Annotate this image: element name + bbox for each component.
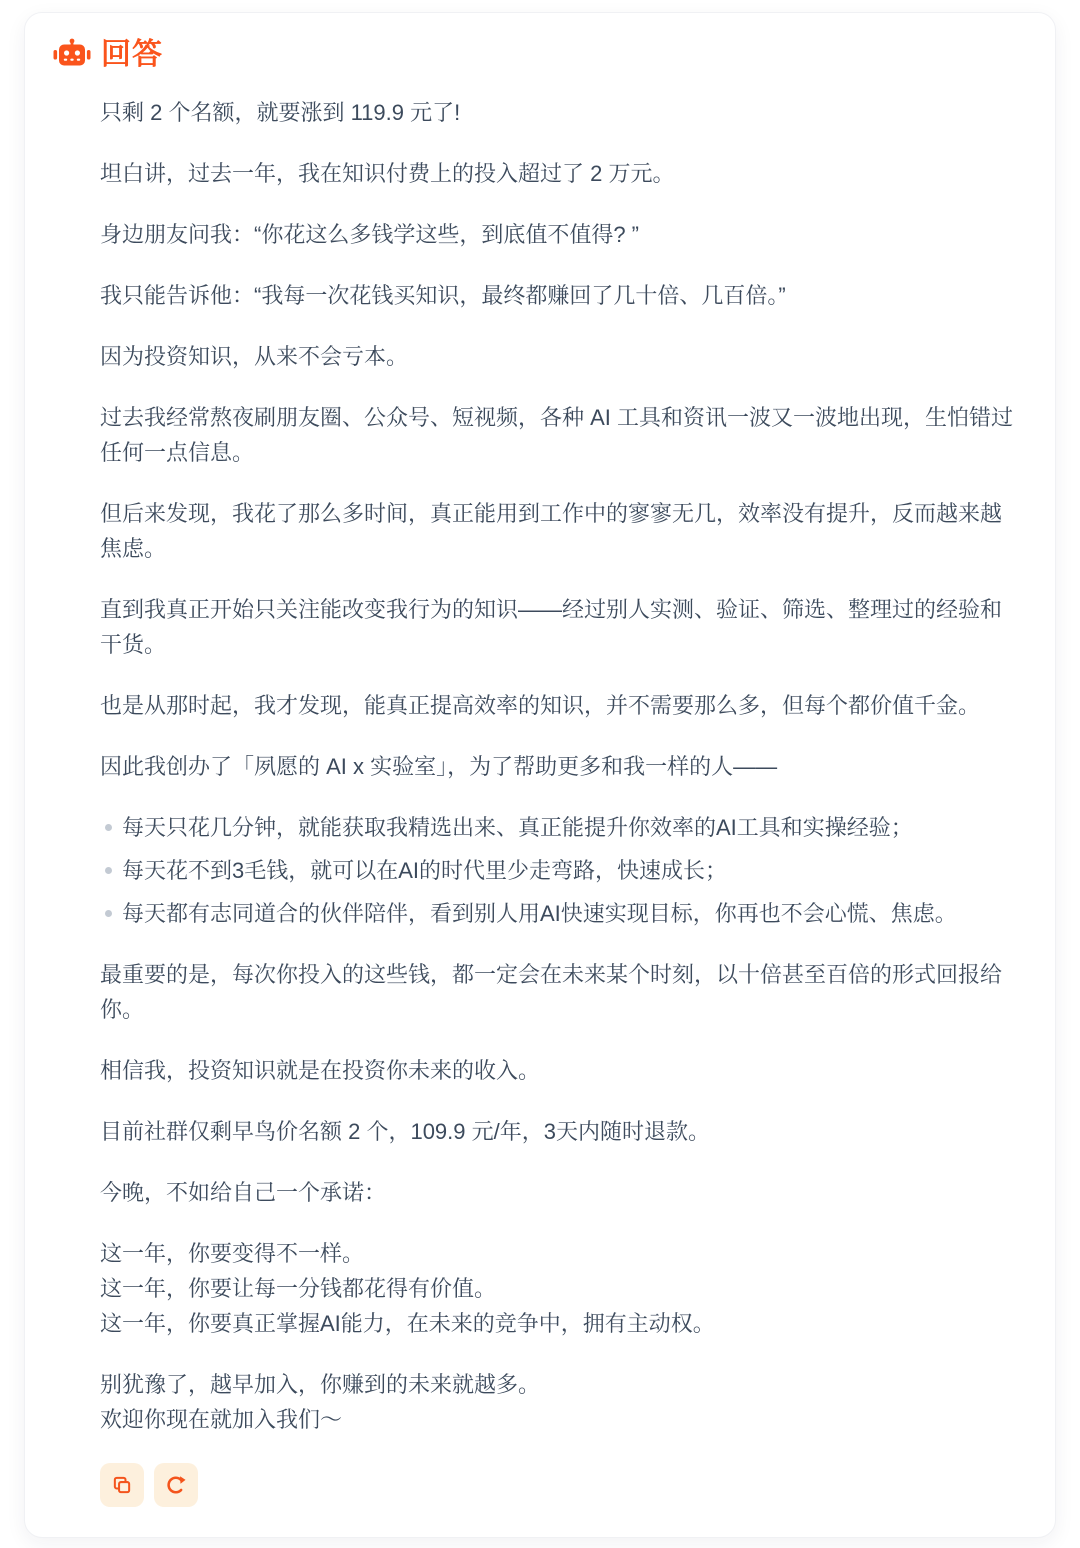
answer-header: 回答 <box>52 37 1029 73</box>
paragraph-14: 今晚，不如给自己一个承诺： <box>100 1175 1018 1210</box>
answer-actions <box>100 1463 1029 1507</box>
promise-block: 这一年，你要变得不一样。 这一年，你要让每一分钱都花得有价值。 这一年，你要真正… <box>100 1236 1018 1341</box>
list-item-text: 每天只花几分钟，就能获取我精选出来、真正能提升你效率的AI工具和实操经验； <box>122 810 913 845</box>
paragraph-5: 因为投资知识，从来不会亏本。 <box>100 339 1018 374</box>
promise-line: 这一年，你要真正掌握AI能力，在未来的竞争中，拥有主动权。 <box>100 1306 1018 1341</box>
benefits-list: 每天只花几分钟，就能获取我精选出来、真正能提升你效率的AI工具和实操经验； 每天… <box>100 810 1018 931</box>
closing-line: 欢迎你现在就加入我们～ <box>100 1402 1018 1437</box>
regenerate-button[interactable] <box>154 1463 198 1507</box>
paragraph-4: 我只能告诉他：“我每一次花钱买知识，最终都赚回了几十倍、几百倍。” <box>100 278 1018 313</box>
paragraph-3: 身边朋友问我：“你花这么多钱学这些，到底值不值得? ” <box>100 217 1018 252</box>
closing-block: 别犹豫了，越早加入，你赚到的未来就越多。 欢迎你现在就加入我们～ <box>100 1367 1018 1437</box>
paragraph-12: 相信我，投资知识就是在投资你未来的收入。 <box>100 1053 1018 1088</box>
list-item: 每天花不到3毛钱，就可以在AI的时代里少走弯路，快速成长； <box>105 853 1018 888</box>
list-item: 每天只花几分钟，就能获取我精选出来、真正能提升你效率的AI工具和实操经验； <box>105 810 1018 845</box>
paragraph-11: 最重要的是，每次你投入的这些钱，都一定会在未来某个时刻，以十倍甚至百倍的形式回报… <box>100 957 1018 1027</box>
refresh-icon <box>165 1474 187 1496</box>
closing-line: 别犹豫了，越早加入，你赚到的未来就越多。 <box>100 1367 1018 1402</box>
paragraph-2: 坦白讲，过去一年，我在知识付费上的投入超过了 2 万元。 <box>100 156 1018 191</box>
paragraph-10: 因此我创办了「夙愿的 AI x 实验室」，为了帮助更多和我一样的人—— <box>100 749 1018 784</box>
paragraph-9: 也是从那时起，我才发现，能真正提高效率的知识，并不需要那么多，但每个都价值千金。 <box>100 688 1018 723</box>
answer-card: 回答 只剩 2 个名额，就要涨到 119.9 元了! 坦白讲，过去一年，我在知识… <box>24 12 1056 1538</box>
promise-line: 这一年，你要让每一分钱都花得有价值。 <box>100 1271 1018 1306</box>
paragraph-8: 直到我真正开始只关注能改变我行为的知识——经过别人实测、验证、筛选、整理过的经验… <box>100 592 1018 662</box>
list-item-text: 每天都有志同道合的伙伴陪伴，看到别人用AI快速实现目标，你再也不会心慌、焦虑。 <box>122 896 957 931</box>
paragraph-13: 目前社群仅剩早鸟价名额 2 个，109.9 元/年，3天内随时退款。 <box>100 1114 1018 1149</box>
robot-icon <box>52 38 92 72</box>
bullet-dot-icon <box>105 910 112 917</box>
bullet-dot-icon <box>105 824 112 831</box>
copy-button[interactable] <box>100 1463 144 1507</box>
paragraph-7: 但后来发现，我花了那么多时间，真正能用到工作中的寥寥无几，效率没有提升，反而越来… <box>100 496 1018 566</box>
paragraph-1: 只剩 2 个名额，就要涨到 119.9 元了! <box>100 95 1018 130</box>
list-item: 每天都有志同道合的伙伴陪伴，看到别人用AI快速实现目标，你再也不会心慌、焦虑。 <box>105 896 1018 931</box>
bullet-dot-icon <box>105 867 112 874</box>
answer-content: 只剩 2 个名额，就要涨到 119.9 元了! 坦白讲，过去一年，我在知识付费上… <box>100 95 1018 1437</box>
answer-title: 回答 <box>101 37 163 73</box>
copy-icon <box>111 1474 133 1496</box>
paragraph-6: 过去我经常熬夜刷朋友圈、公众号、短视频，各种 AI 工具和资讯一波又一波地出现，… <box>100 400 1018 470</box>
list-item-text: 每天花不到3毛钱，就可以在AI的时代里少走弯路，快速成长； <box>122 853 727 888</box>
promise-line: 这一年，你要变得不一样。 <box>100 1236 1018 1271</box>
